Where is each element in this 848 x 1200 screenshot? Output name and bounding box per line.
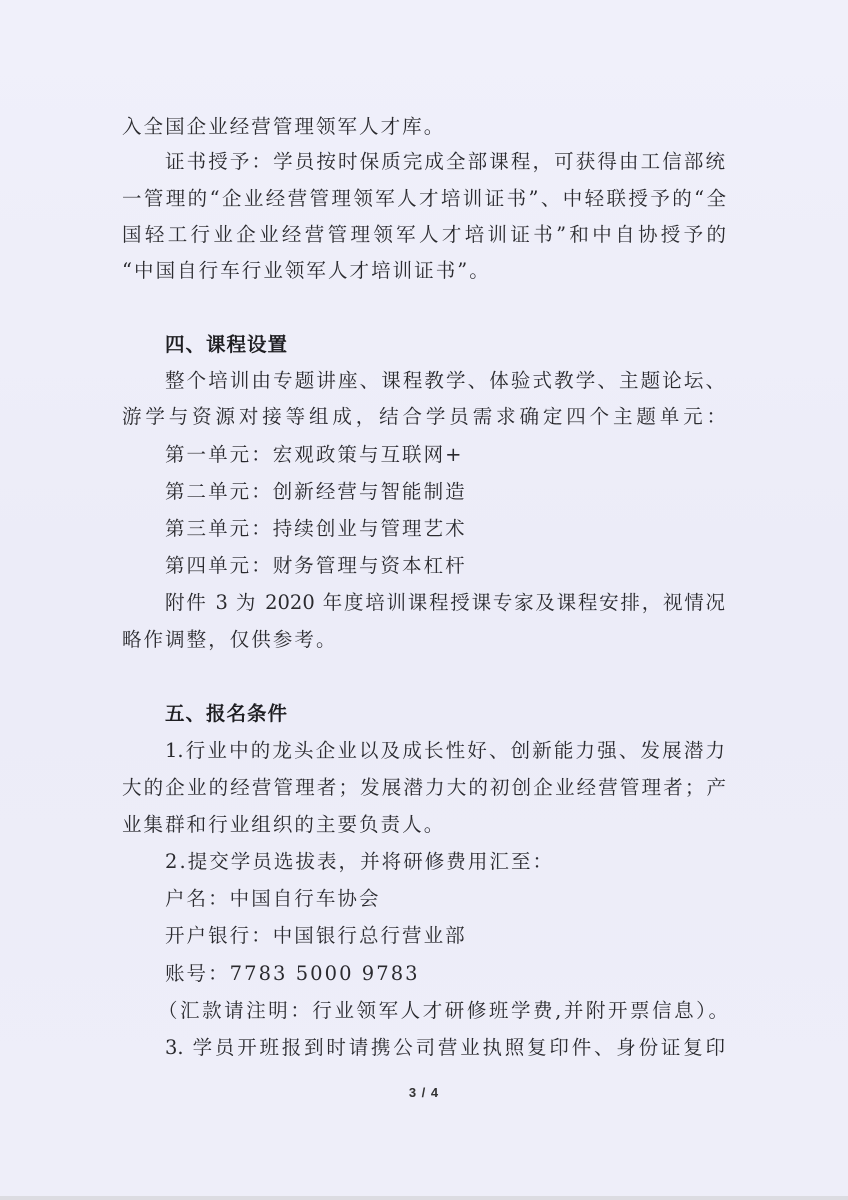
section-4-heading: 四、课程设置 bbox=[165, 332, 288, 358]
page-bottom-edge bbox=[0, 1196, 848, 1200]
account-name: 户名：中国自行车协会 bbox=[165, 886, 725, 912]
section-4-note-line-1: 附件 3 为 2020 年度培训课程授课专家及课程安排，视情况 bbox=[165, 590, 725, 616]
document-page: 入全国企业经营管理领军人才库。 证书授予：学员按时保质完成全部课程，可获得由工信… bbox=[0, 0, 848, 1196]
page-number: 3 / 4 bbox=[0, 1085, 848, 1100]
certificate-line-1: 证书授予：学员按时保质完成全部课程，可获得由工信部统 bbox=[165, 149, 725, 175]
intro-tail-line: 入全国企业经营管理领军人才库。 bbox=[122, 114, 726, 140]
section-4-intro-line-1: 整个培训由专题讲座、课程教学、体验式教学、主题论坛、 bbox=[165, 368, 725, 394]
certificate-line-3: 国轻工行业企业经营管理领军人才培训证书”和中自协授予的 bbox=[122, 222, 726, 248]
unit-4: 第四单元：财务管理与资本杠杆 bbox=[165, 553, 725, 579]
bank-name: 开户银行：中国银行总行营业部 bbox=[165, 923, 725, 949]
certificate-line-2: 一管理的“企业经营管理领军人才培训证书”、中轻联授予的“全 bbox=[122, 186, 726, 212]
unit-2: 第二单元：创新经营与智能制造 bbox=[165, 479, 725, 505]
certificate-line-4: “中国自行车行业领军人才培训证书”。 bbox=[122, 258, 726, 284]
item-1-line-3: 业集群和行业组织的主要负责人。 bbox=[122, 812, 726, 838]
unit-3: 第三单元：持续创业与管理艺术 bbox=[165, 516, 725, 542]
section-5-heading: 五、报名条件 bbox=[165, 701, 288, 727]
item-3: 3. 学员开班报到时请携公司营业执照复印件、身份证复印 bbox=[165, 1035, 725, 1061]
section-4-note-line-2: 略作调整，仅供参考。 bbox=[122, 627, 726, 653]
account-number: 账号：7783 5000 9783 bbox=[165, 961, 725, 987]
item-1-line-2: 大的企业的经营管理者；发展潜力大的初创企业经营管理者；产 bbox=[122, 775, 726, 801]
item-2: 2.提交学员选拔表，并将研修费用汇至： bbox=[165, 849, 725, 875]
remittance-note: （汇款请注明：行业领军人才研修班学费,并附开票信息）。 bbox=[158, 998, 728, 1024]
item-1-line-1: 1.行业中的龙头企业以及成长性好、创新能力强、发展潜力 bbox=[165, 738, 725, 764]
section-4-intro-line-2: 游学与资源对接等组成，结合学员需求确定四个主题单元： bbox=[122, 404, 726, 430]
unit-1: 第一单元：宏观政策与互联网+ bbox=[165, 442, 725, 468]
